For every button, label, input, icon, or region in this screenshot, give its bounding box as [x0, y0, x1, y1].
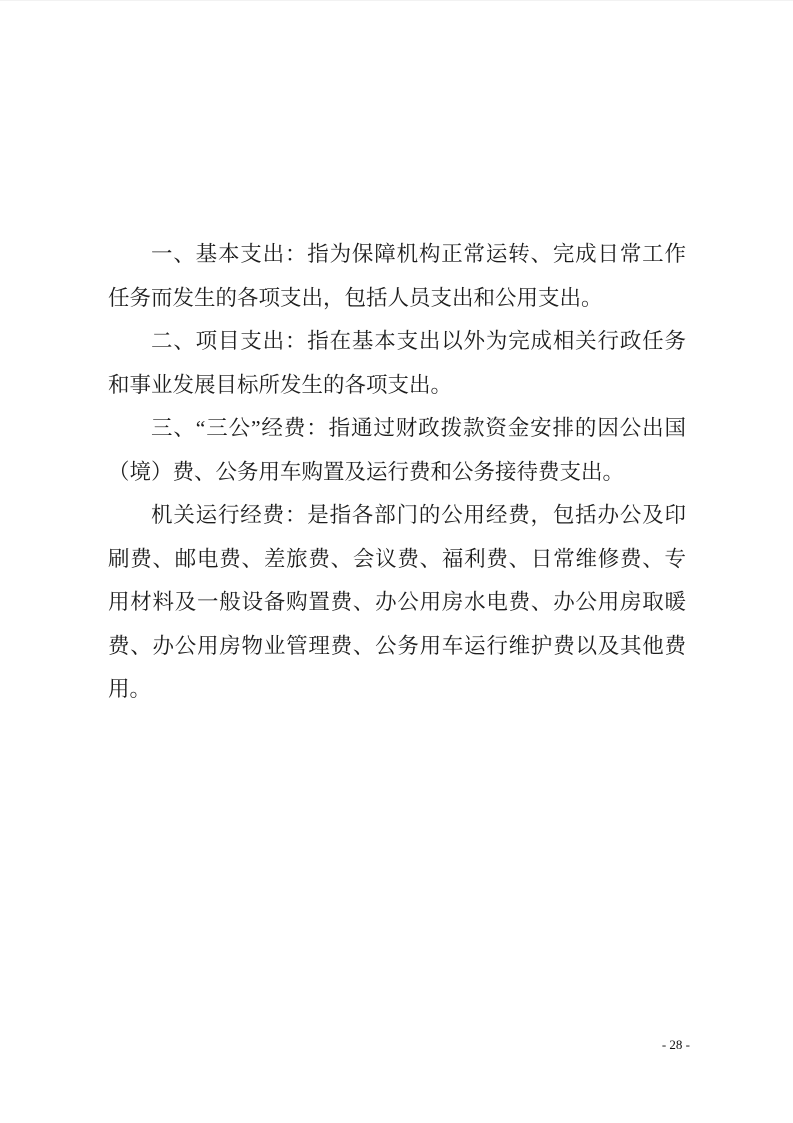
document-body: 一、基本支出：指为保障机构正常运转、完成日常工作任务而发生的各项支出，包括人员支…	[108, 233, 686, 712]
paragraph-basic-expenditure: 一、基本支出：指为保障机构正常运转、完成日常工作任务而发生的各项支出，包括人员支…	[108, 233, 686, 320]
paragraph-three-public-funds: 三、“三公”经费：指通过财政拨款资金安排的因公出国（境）费、公务用车购置及运行费…	[108, 407, 686, 494]
page-number: - 28 -	[570, 1037, 690, 1053]
document-page: 一、基本支出：指为保障机构正常运转、完成日常工作任务而发生的各项支出，包括人员支…	[0, 0, 793, 1123]
paragraph-agency-operating-funds: 机关运行经费：是指各部门的公用经费，包括办公及印刷费、邮电费、差旅费、会议费、福…	[108, 494, 686, 712]
paragraph-project-expenditure: 二、项目支出：指在基本支出以外为完成相关行政任务和事业发展目标所发生的各项支出。	[108, 320, 686, 407]
